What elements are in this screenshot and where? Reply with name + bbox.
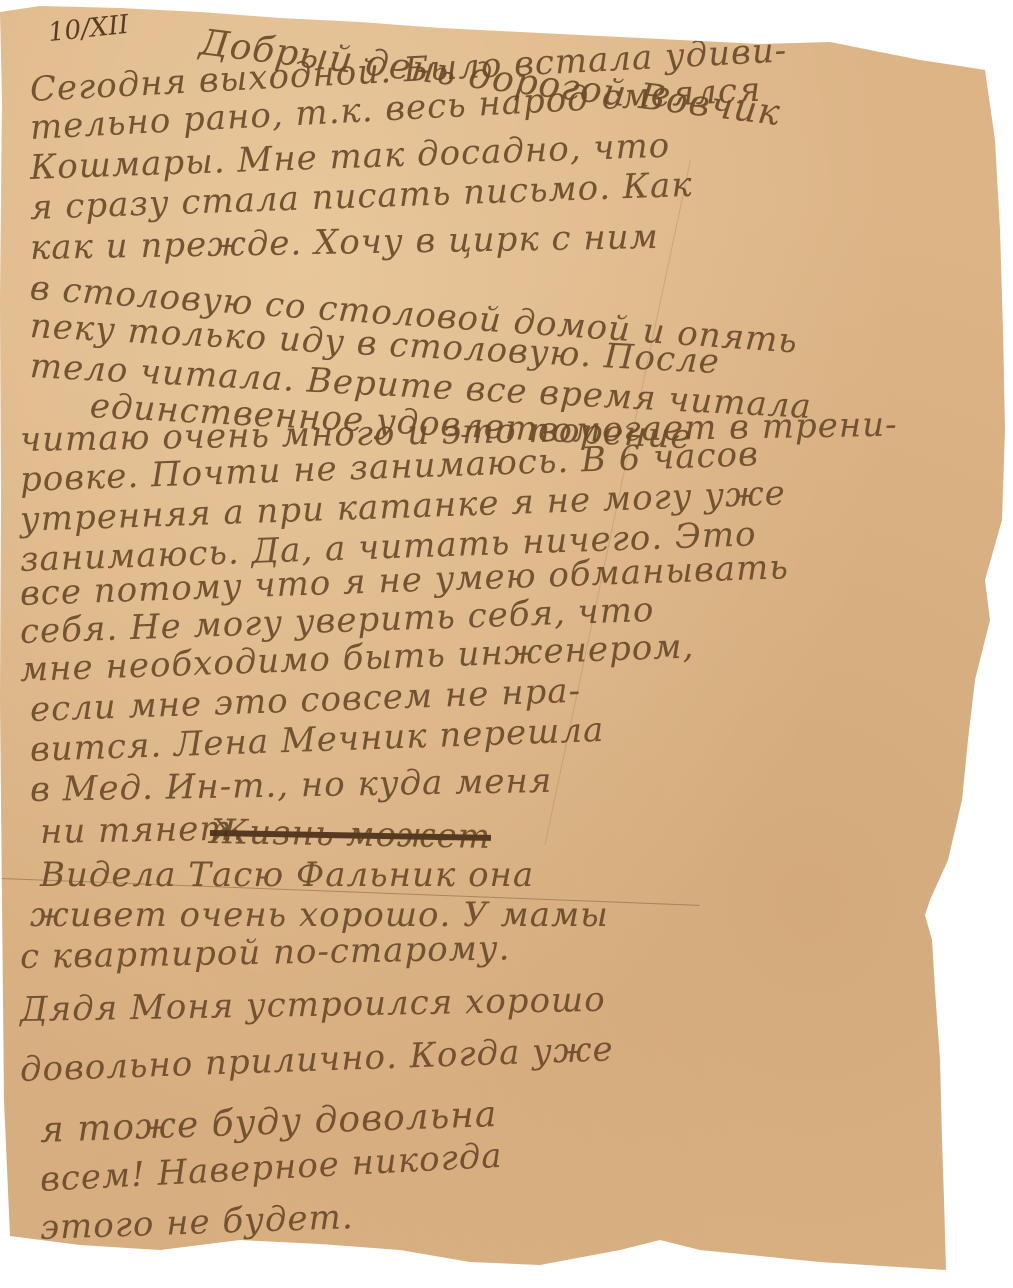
letter-line: этого не будет. [39,1197,354,1248]
letter-line: Дядя Моня устроился хорошо [20,980,606,1030]
letter-paper: 10/XII Добрый день дорогой Вовчик Сегодн… [0,0,1013,1288]
letter-line: живет очень хорошо. У мамы [30,895,609,935]
letter-date: 10/XII [47,10,131,48]
letter-line: в Мед. Ин-т., но куда меня [30,761,553,810]
letter-line: с квартирой по-старому. [20,928,511,977]
struck-out-text: Жизнь может [210,812,492,857]
letter-line: довольно прилично. Когда уже [19,1029,614,1090]
letter-line: Видела Тасю Фальник она [40,855,534,895]
